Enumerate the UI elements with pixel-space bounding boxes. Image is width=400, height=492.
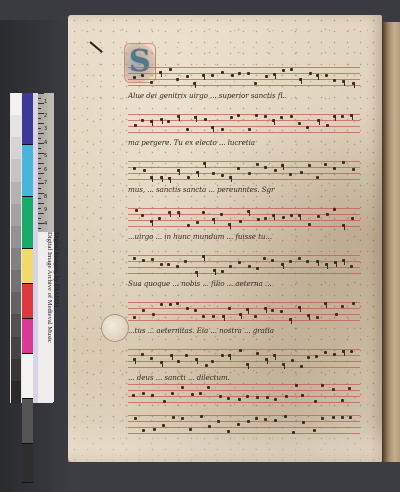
neume-note [271,309,274,312]
neume-note [134,417,137,420]
neume-note [256,396,259,399]
neume-note [185,354,188,357]
note-stem [249,210,250,216]
note-stem [162,361,163,367]
staff-line [128,85,360,86]
neume-note [200,415,203,418]
neume-note [220,213,223,216]
neume-note [187,224,190,227]
measurement-ruler: 1234567894 [38,93,54,233]
staff-line [128,114,360,115]
caption-text: Digital Imaging by DIAMM Digital Image A… [46,232,60,402]
note-stem [275,354,276,360]
neume-note [141,119,144,122]
neume-note [325,74,328,77]
music-staff [128,114,360,136]
note-stem [162,118,163,124]
staff-line [128,79,360,80]
color-swatch-dark-gray [22,399,33,444]
neume-note [308,223,311,226]
note-stem [248,308,249,314]
note-stem [344,350,345,356]
note-stem [170,211,171,217]
note-stem [266,307,267,313]
note-stem [274,214,275,220]
neume-note [133,167,136,170]
ruler-tick [38,93,44,94]
neume-note [163,400,166,403]
neume-note [238,261,241,264]
staff-line [128,179,360,180]
neume-note [254,82,257,85]
staff-line [128,433,360,434]
neume-note [221,354,224,357]
gray-swatch [11,248,21,270]
gray-swatch [11,337,21,359]
staff-line [128,255,360,256]
neume-note [306,260,309,263]
gray-swatch [11,381,21,403]
staff-line [128,314,360,315]
neume-note [238,72,241,75]
neume-note [160,263,163,266]
ruler-tick [38,148,41,149]
neume-note [150,357,153,360]
neume-note [141,214,144,217]
note-stem [241,313,242,319]
neume-note [350,265,353,268]
neume-note [186,75,189,78]
color-swatch-white [22,354,33,399]
ruler-number: 1 [44,99,47,105]
neume-note [221,270,224,273]
staff-line [128,396,360,397]
neume-note [158,217,161,220]
neume-note [300,171,303,174]
neume-note [167,120,170,123]
neume-note [290,214,293,217]
gray-swatch [11,115,21,137]
neume-note [307,356,310,359]
note-stem [300,214,301,220]
neume-note [247,72,250,75]
note-stem [230,354,231,360]
gray-swatch [11,226,21,248]
neume-note [316,176,319,179]
neume-note [151,258,154,261]
note-stem [274,119,275,125]
neume-note [186,128,189,131]
neume-note [274,169,277,172]
lyric-line: Alue dei genitrix uirgo ... superior san… [128,91,360,100]
neume-note [316,316,319,319]
neume-note [187,176,190,179]
neume-note [317,215,320,218]
music-staff [128,208,360,230]
color-swatch-red [22,284,33,319]
gray-swatch [11,359,21,381]
ruler-tick [38,208,41,209]
staff-line [128,273,360,274]
note-stem [284,363,285,369]
neume-note [171,392,174,395]
neume-note [257,218,260,221]
neume-note [350,350,353,353]
neume-note [150,81,153,84]
neume-note [221,71,224,74]
lyric-line: ...uirgo ... in hunc mundum ... fuisse t… [128,232,360,241]
note-stem [213,126,214,132]
ruler-number: 2 [44,113,47,119]
neume-note [238,398,241,401]
music-staff [128,384,360,406]
note-stem [179,211,180,217]
ruler-number: 7 [44,180,47,186]
neume-note [349,416,352,419]
ruler-tick [38,203,44,204]
diamm-caption: Digital Imaging by DIAMM Digital Image A… [38,232,54,402]
neume-note [302,421,305,424]
neume-note [133,316,136,319]
neume-note [231,74,234,77]
neume-note [324,351,327,354]
neume-note [280,116,283,119]
round-stain [101,314,129,342]
neume-note [212,172,215,175]
note-stem [195,82,196,88]
neume-note [176,78,179,81]
ruler-tick [38,173,44,174]
note-stem [152,120,153,126]
note-stem [335,115,336,121]
ruler-tick [38,108,41,109]
neume-note [227,430,230,433]
staff-line [128,427,360,428]
color-swatch-blue [22,93,33,145]
facing-page-edge [382,22,400,462]
neume-note [321,384,324,387]
neume-note [341,115,344,118]
ruler-tick [38,123,44,124]
neume-note [211,360,214,363]
color-swatch-strip [22,93,33,403]
neume-note [152,313,155,316]
neume-note [204,118,207,121]
note-stem [196,116,197,122]
note-stem [318,260,319,266]
neume-note [255,417,258,420]
neume-note [239,220,242,223]
staff-line [128,367,360,368]
note-stem [152,176,153,182]
ruler-number: 9 [44,207,47,213]
neume-note [202,315,205,318]
gray-swatch [11,270,21,292]
neume-note [264,115,267,118]
note-stem [135,358,136,364]
neume-note [315,355,318,358]
neume-note [264,166,267,169]
lyric-line: mus, ... sanctis sancta ... pereunntes. … [128,185,360,194]
staff-line [128,161,360,162]
neume-note [143,169,146,172]
neume-note [291,359,294,362]
ruler-tick [38,228,41,229]
neume-note [202,211,205,214]
lyric-line: ma pergere. Tu ex electo ... lucretia [128,138,360,147]
color-swatch-magenta [22,319,33,354]
note-stem [267,358,268,364]
neume-note [181,417,184,420]
neume-note [298,257,301,260]
gray-swatch [11,314,21,336]
neume-note [300,365,303,368]
staff-line [128,320,360,321]
neume-note [264,217,267,220]
neume-note [313,429,316,432]
neume-note [289,260,292,263]
ruler-tick [38,213,44,214]
note-stem [309,314,310,320]
note-stem [319,119,320,125]
neume-note [160,303,163,306]
neume-note [333,208,336,211]
note-stem [326,302,327,308]
neume-note [167,263,170,266]
neume-note [256,267,259,270]
neume-note [205,364,208,367]
neume-note [246,395,249,398]
staff-line [128,132,360,133]
neume-note [274,398,277,401]
staff-line [128,261,360,262]
neume-note [256,163,259,166]
ruler-tick [38,158,41,159]
neume-note [219,395,222,398]
staff-line [128,361,360,362]
note-stem [179,169,180,175]
note-stem [214,218,215,224]
neume-note [212,315,215,318]
note-stem [204,74,205,80]
lyric-line: Sua quoque ... nobis ... filio ... aeter… [128,279,360,288]
color-swatch-green [22,197,33,249]
staff-line [128,355,360,356]
music-text-block: S Alue dei genitrix uirgo ... superior s… [128,55,360,395]
neume-note [135,209,138,212]
neume-note [211,74,214,77]
note-stem [354,82,355,88]
neume-note [239,349,242,352]
note-stem [275,73,276,79]
note-stem [162,176,163,182]
note-stem [224,315,225,321]
music-staff [128,161,360,183]
gray-swatch [11,182,21,204]
staff-line [128,390,360,391]
note-stem [205,162,206,168]
staff-line [128,167,360,168]
neume-note [142,259,145,262]
ruler-number: 5 [44,153,47,159]
neume-note [217,420,220,423]
neume-note [285,395,288,398]
gray-swatch [11,159,21,181]
gray-swatch [11,204,21,226]
neume-note [186,307,189,310]
note-stem [283,263,284,269]
music-staff [128,302,360,324]
neume-note [341,399,344,402]
note-stem [172,354,173,360]
neume-note [306,126,309,129]
note-stem [179,115,180,121]
note-stem [197,271,198,277]
neume-note [266,396,269,399]
staff-line [128,267,360,268]
neume-note [274,419,277,422]
lyric-line: ...tus ... aeternitas. Eia ... nostra ..… [128,326,360,335]
neume-note [326,124,329,127]
neume-note [284,415,287,418]
neume-note [141,353,144,356]
neume-note [248,172,251,175]
neume-note [290,115,293,118]
neume-note [208,425,211,428]
neume-note [324,163,327,166]
neume-note [181,386,184,389]
music-staff [128,255,360,277]
neume-note [352,168,355,171]
neume-note [333,353,336,356]
ruler-tick [38,198,41,199]
neume-note [142,309,145,312]
note-stem [318,74,319,80]
ruler-number: 4 [44,140,47,146]
note-stem [161,71,162,77]
note-stem [352,114,353,120]
gray-swatch [11,292,21,314]
staff-line [128,349,360,350]
neume-note [248,128,251,131]
staff-line [128,421,360,422]
neume-note [256,352,259,355]
ruler-tick [38,188,41,189]
neume-note [221,174,224,177]
neume-note [151,394,154,397]
note-stem [283,164,284,170]
note-stem [344,259,345,265]
color-swatch-yellow [22,249,33,284]
ruler-tick [38,133,44,134]
neume-note [295,384,298,387]
note-stem [344,224,345,230]
neume-note [290,68,293,71]
ruler-tick [38,163,44,164]
note-stem [215,269,216,275]
neume-note [298,122,301,125]
note-stem [327,263,328,269]
ruler-tick [38,128,41,129]
neume-note [169,68,172,71]
note-stem [231,176,232,182]
gray-swatch [11,93,21,115]
neume-note [237,423,240,426]
staff-line [128,220,360,221]
music-staff [128,349,360,371]
color-swatch-black [22,444,33,483]
ruler-number: 4 [44,221,47,227]
neume-note [342,161,345,164]
neume-note [196,221,199,224]
neume-note [341,305,344,308]
grayscale-strip [11,93,21,403]
neume-note [332,416,335,419]
neume-note [280,310,283,313]
neume-note [282,216,285,219]
neume-note [265,75,268,78]
neume-note [134,124,137,127]
neume-note [230,116,233,119]
ruler-tick [38,218,41,219]
neume-note [333,167,336,170]
neume-note [142,429,145,432]
note-stem [336,261,337,267]
neume-note [221,128,224,131]
neume-note [162,424,165,427]
neume-note [237,167,240,170]
neume-note [321,417,324,420]
ruler-tick [38,98,41,99]
neume-note [142,392,145,395]
note-stem [344,80,345,86]
neume-note [172,416,175,419]
note-stem [204,255,205,261]
note-stem [301,78,302,84]
caption-line-1: Digital Imaging by DIAMM [53,232,60,402]
note-stem [300,306,301,312]
neume-note [207,386,210,389]
note-stem [248,363,249,369]
neume-note [133,257,136,260]
staff-line [128,173,360,174]
ruler-tick [38,168,41,169]
neume-note [229,265,232,268]
neume-note [309,72,312,75]
staff-line [128,308,360,309]
neume-note [237,114,240,117]
staff-line [128,384,360,385]
neume-note [341,416,344,419]
color-swatch-cyan [22,145,33,197]
neume-note [141,74,144,77]
neume-note [184,260,187,263]
note-stem [197,358,198,364]
neume-note [289,173,292,176]
note-stem [291,318,292,324]
note-stem [152,220,153,226]
neume-note [247,420,250,423]
neume-note [176,265,179,268]
staff-line [128,208,360,209]
neume-note [176,302,179,305]
neume-note [263,257,266,260]
neume-note [335,313,338,316]
neume-note [132,394,135,397]
neume-note [314,400,317,403]
neume-note [228,307,231,310]
ruler-number: 8 [44,194,47,200]
